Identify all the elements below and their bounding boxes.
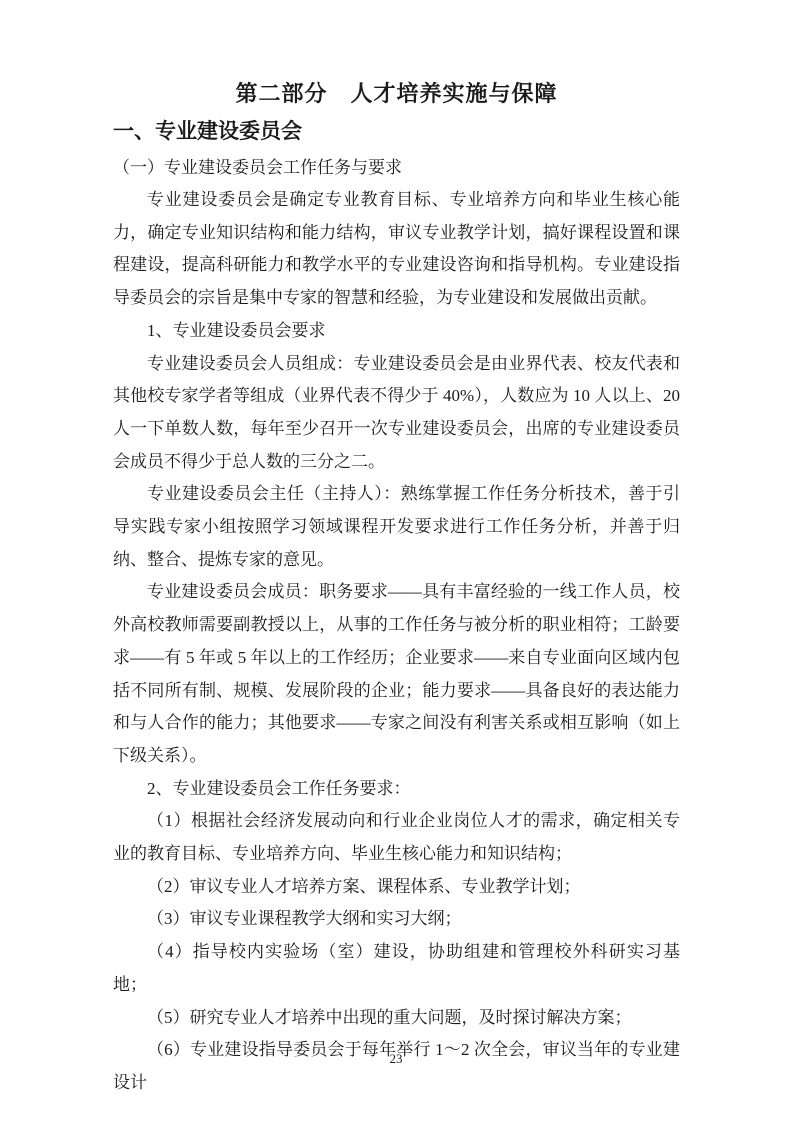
list-heading-tasks: 2、专业建设委员会工作任务要求：	[113, 773, 680, 806]
task-item-5: （5）研究专业人才培养中出现的重大问题，及时探讨解决方案；	[113, 1002, 680, 1035]
paragraph-membership: 专业建设委员会人员组成：专业建设委员会是由业界代表、校友代表和其他校专家学者等组…	[113, 348, 680, 479]
part-title: 第二部分 人才培养实施与保障	[113, 78, 680, 110]
section-heading: 一、专业建设委员会	[113, 115, 680, 148]
task-item-1: （1）根据社会经济发展动向和行业企业岗位人才的需求，确定相关专业的教育目标、专业…	[113, 805, 680, 870]
list-heading-requirements: 1、专业建设委员会要求	[113, 315, 680, 348]
page-number: 23	[0, 1050, 792, 1068]
task-item-2: （2）审议专业人才培养方案、课程体系、专业教学计划；	[113, 871, 680, 904]
subsection-heading: （一）专业建设委员会工作任务与要求	[113, 151, 680, 184]
paragraph-members: 专业建设委员会成员：职务要求——具有丰富经验的一线工作人员，校外高校教师需要副教…	[113, 576, 680, 772]
document-page: 第二部分 人才培养实施与保障 一、专业建设委员会 （一）专业建设委员会工作任务与…	[0, 0, 792, 1122]
task-item-4: （4）指导校内实验场（室）建设，协助组建和管理校外科研实习基地；	[113, 936, 680, 1001]
task-item-3: （3）审议专业课程教学大纲和实习大纲；	[113, 903, 680, 936]
paragraph-committee-intro: 专业建设委员会是确定专业教育目标、专业培养方向和毕业生核心能力，确定专业知识结构…	[113, 184, 680, 315]
page-content: 第二部分 人才培养实施与保障 一、专业建设委员会 （一）专业建设委员会工作任务与…	[0, 0, 792, 1100]
paragraph-chairman: 专业建设委员会主任（主持人）：熟练掌握工作任务分析技术，善于引导实践专家小组按照…	[113, 478, 680, 576]
